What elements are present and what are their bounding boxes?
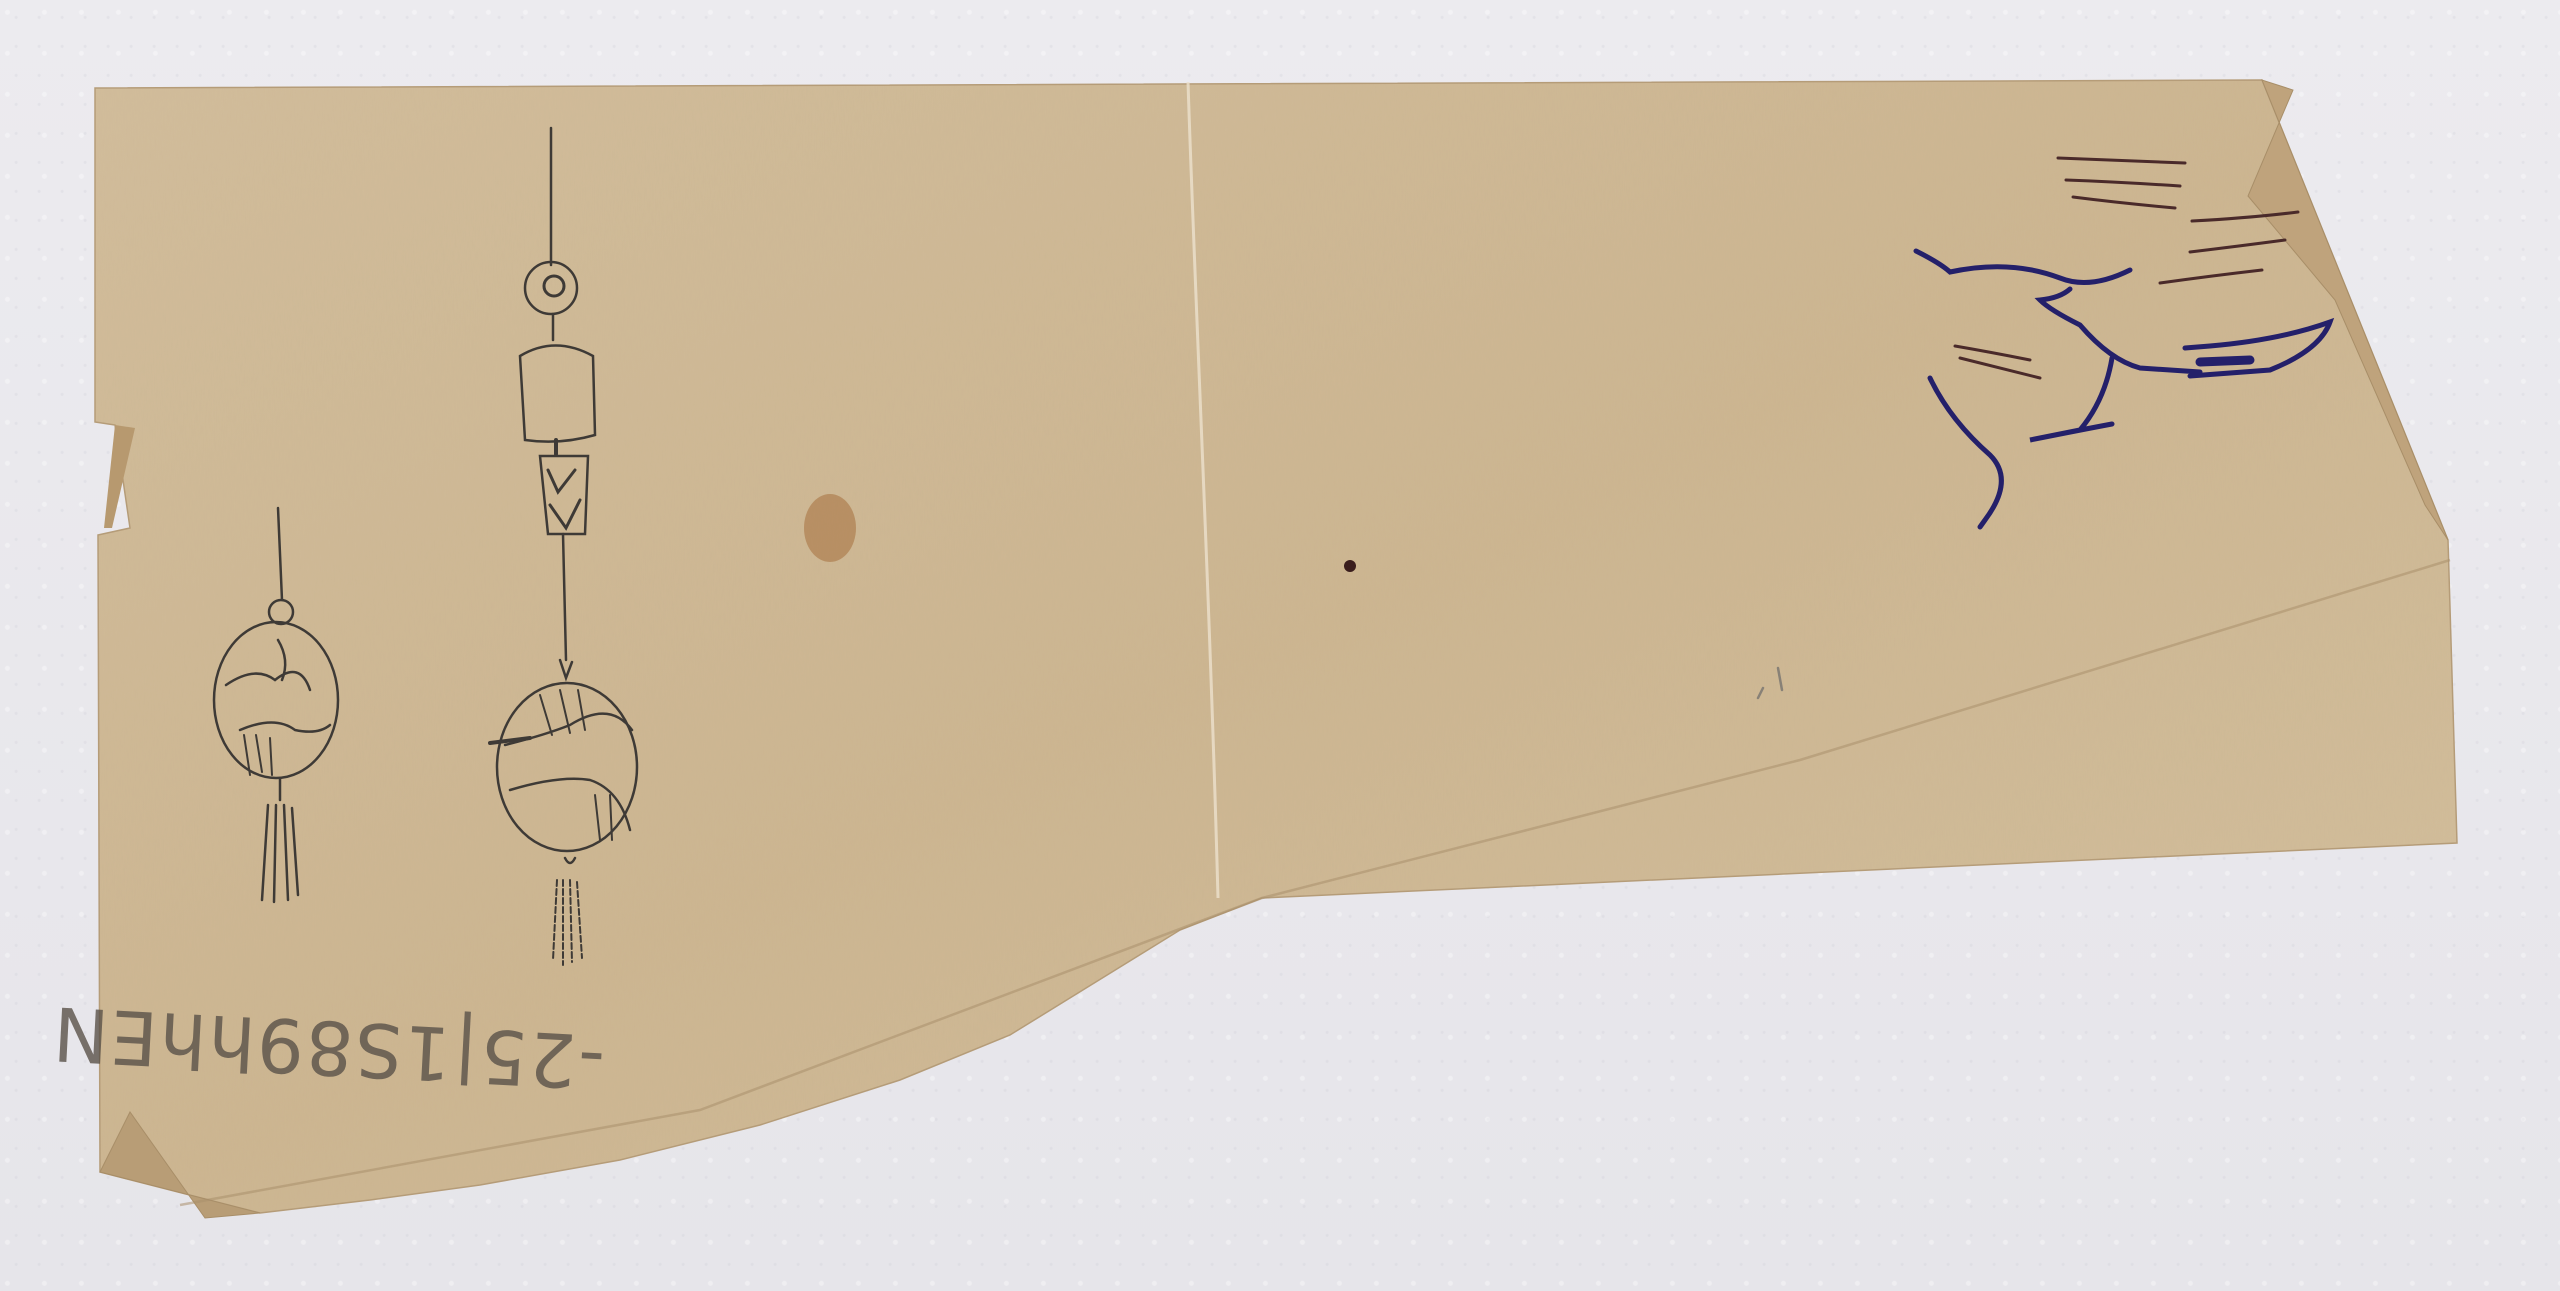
ink-dot	[1344, 560, 1356, 572]
upside-down-inscription: -25|1S89hhEN	[172, 984, 607, 1116]
rust-stain	[804, 494, 856, 562]
